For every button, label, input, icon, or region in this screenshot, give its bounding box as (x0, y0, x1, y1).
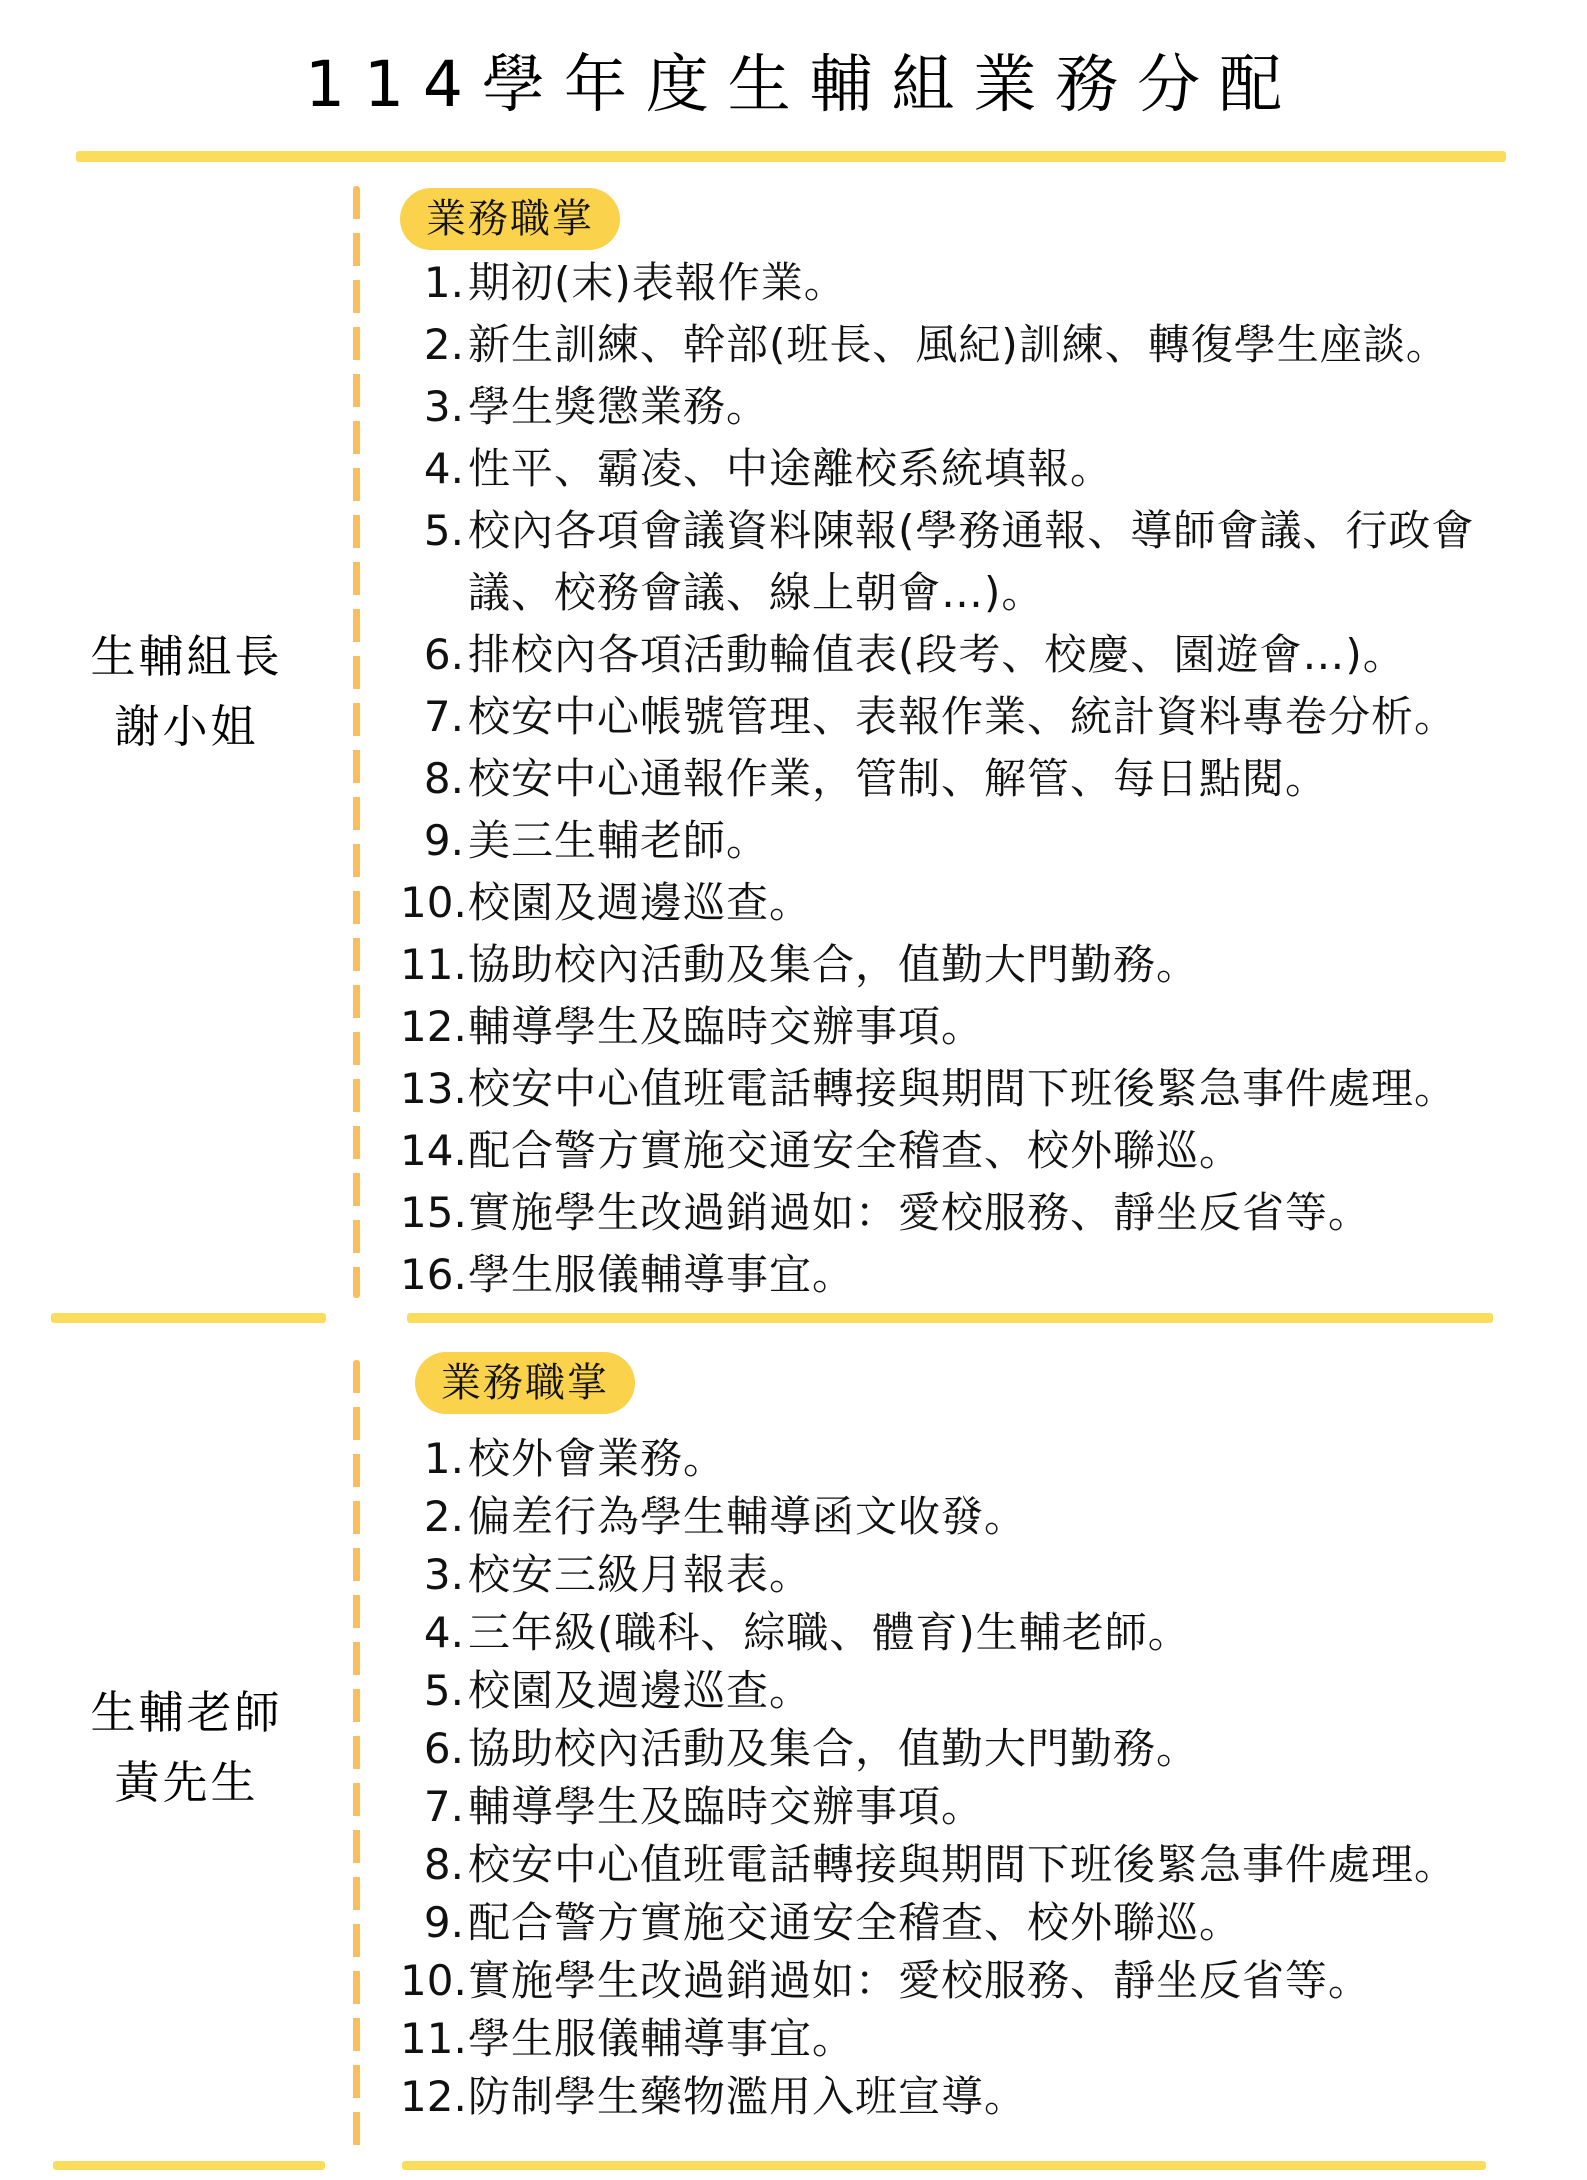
duty-number: 11. (400, 934, 464, 996)
bottom-divider-left (53, 2161, 325, 2170)
duty-item: 8.校安中心值班電話轉接與期間下班後緊急事件處理。 (400, 1836, 1490, 1894)
duty-number: 8. (400, 748, 464, 810)
duty-text: 校安中心值班電話轉接與期間下班後緊急事件處理。 (464, 1836, 1490, 1894)
bottom-divider-right (402, 2161, 1486, 2170)
duty-number: 1. (400, 1430, 464, 1488)
member-role: 生輔老師 (20, 1678, 353, 1748)
duty-number: 11. (400, 2010, 464, 2068)
duty-number: 14. (400, 1120, 464, 1182)
duty-item: 1.期初(末)表報作業。 (400, 252, 1490, 314)
section2-duty-list: 1.校外會業務。2.偏差行為學生輔導函文收發。3.校安三級月報表。4.三年級(職… (400, 1430, 1490, 2126)
duty-text: 學生服儀輔導事宜。 (464, 2010, 1490, 2068)
member-role: 生輔組長 (20, 622, 353, 692)
duty-item: 4.三年級(職科、綜職、體育)生輔老師。 (400, 1604, 1490, 1662)
duty-item: 11.協助校內活動及集合，值勤大門勤務。 (400, 934, 1490, 996)
member-name: 謝小姐 (20, 692, 353, 762)
member-name: 黃先生 (20, 1748, 353, 1818)
duty-text: 校安三級月報表。 (464, 1546, 1490, 1604)
duty-item: 10.校園及週邊巡查。 (400, 872, 1490, 934)
duty-text: 防制學生藥物濫用入班宣導。 (464, 2068, 1490, 2126)
duty-text: 配合警方實施交通安全稽查、校外聯巡。 (464, 1894, 1490, 1952)
duty-item: 1.校外會業務。 (400, 1430, 1490, 1488)
duty-number: 1. (400, 252, 464, 314)
duty-number: 12. (400, 2068, 464, 2126)
duty-text: 校安中心通報作業，管制、解管、每日點閱。 (464, 748, 1490, 810)
duty-text: 三年級(職科、綜職、體育)生輔老師。 (464, 1604, 1490, 1662)
duty-text: 學生獎懲業務。 (464, 376, 1490, 438)
duty-number: 3. (400, 376, 464, 438)
duty-number: 6. (400, 1720, 464, 1778)
page-title: 114學年度生輔組業務分配 (0, 34, 1587, 125)
duty-item: 14.配合警方實施交通安全稽查、校外聯巡。 (400, 1120, 1490, 1182)
duty-number: 10. (400, 872, 464, 934)
duty-text: 配合警方實施交通安全稽查、校外聯巡。 (464, 1120, 1490, 1182)
duty-item: 2.新生訓練、幹部(班長、風紀)訓練、轉復學生座談。 (400, 314, 1490, 376)
duty-number: 9. (400, 810, 464, 872)
duty-text: 校安中心值班電話轉接與期間下班後緊急事件處理。 (464, 1058, 1490, 1120)
duty-number: 16. (400, 1244, 464, 1306)
duty-text: 校安中心帳號管理、表報作業、統計資料專卷分析。 (464, 686, 1490, 748)
duty-item: 12.輔導學生及臨時交辦事項。 (400, 996, 1490, 1058)
duty-number: 9. (400, 1894, 464, 1952)
duty-item: 7.校安中心帳號管理、表報作業、統計資料專卷分析。 (400, 686, 1490, 748)
duty-item: 13.校安中心值班電話轉接與期間下班後緊急事件處理。 (400, 1058, 1490, 1120)
duty-number: 5. (400, 1662, 464, 1720)
duty-text: 協助校內活動及集合，值勤大門勤務。 (464, 934, 1490, 996)
duty-text: 校園及週邊巡查。 (464, 872, 1490, 934)
section1-duty-list: 1.期初(末)表報作業。2.新生訓練、幹部(班長、風紀)訓練、轉復學生座談。3.… (400, 252, 1490, 1306)
duty-text: 排校內各項活動輪值表(段考、校慶、園遊會…)。 (464, 624, 1490, 686)
duty-item: 7.輔導學生及臨時交辦事項。 (400, 1778, 1490, 1836)
duty-item: 12.防制學生藥物濫用入班宣導。 (400, 2068, 1490, 2126)
duty-number: 10. (400, 1952, 464, 2010)
duty-text: 輔導學生及臨時交辦事項。 (464, 1778, 1490, 1836)
duty-text: 協助校內活動及集合，值勤大門勤務。 (464, 1720, 1490, 1778)
duty-number: 8. (400, 1836, 464, 1894)
duty-text: 學生服儀輔導事宜。 (464, 1244, 1490, 1306)
duty-item: 8.校安中心通報作業，管制、解管、每日點閱。 (400, 748, 1490, 810)
section2-duties-label: 業務職掌 (415, 1352, 635, 1414)
duty-item: 9.美三生輔老師。 (400, 810, 1490, 872)
section1-dashed-divider (353, 186, 360, 1298)
duty-item: 2.偏差行為學生輔導函文收發。 (400, 1488, 1490, 1546)
duty-text: 實施學生改過銷過如：愛校服務、靜坐反省等。 (464, 1952, 1490, 2010)
duty-item: 4.性平、霸凌、中途離校系統填報。 (400, 438, 1490, 500)
assignment-document: 114學年度生輔組業務分配 業務職掌 生輔組長 謝小姐 1.期初(末)表報作業。… (0, 0, 1587, 2180)
duty-number: 6. (400, 624, 464, 686)
section2-member: 生輔老師 黃先生 (20, 1678, 353, 1818)
duty-item: 3.學生獎懲業務。 (400, 376, 1490, 438)
duty-number: 4. (400, 1604, 464, 1662)
duty-item: 15.實施學生改過銷過如：愛校服務、靜坐反省等。 (400, 1182, 1490, 1244)
duty-text: 實施學生改過銷過如：愛校服務、靜坐反省等。 (464, 1182, 1490, 1244)
duty-item: 3.校安三級月報表。 (400, 1546, 1490, 1604)
duty-item: 5.校內各項會議資料陳報(學務通報、導師會議、行政會議、校務會議、線上朝會…)。 (400, 500, 1490, 624)
duty-number: 2. (400, 1488, 464, 1546)
duty-item: 6.排校內各項活動輪值表(段考、校慶、園遊會…)。 (400, 624, 1490, 686)
duty-text: 新生訓練、幹部(班長、風紀)訓練、轉復學生座談。 (464, 314, 1490, 376)
duty-text: 校園及週邊巡查。 (464, 1662, 1490, 1720)
duty-item: 10.實施學生改過銷過如：愛校服務、靜坐反省等。 (400, 1952, 1490, 2010)
duty-number: 13. (400, 1058, 464, 1120)
duty-number: 15. (400, 1182, 464, 1244)
middle-divider-right (407, 1313, 1493, 1323)
duty-item: 9.配合警方實施交通安全稽查、校外聯巡。 (400, 1894, 1490, 1952)
middle-divider-left (51, 1313, 326, 1323)
duty-item: 5.校園及週邊巡查。 (400, 1662, 1490, 1720)
duty-number: 7. (400, 686, 464, 748)
duty-number: 4. (400, 438, 464, 500)
top-divider (76, 151, 1506, 162)
duty-number: 7. (400, 1778, 464, 1836)
duty-item: 16.學生服儀輔導事宜。 (400, 1244, 1490, 1306)
section2-dashed-divider (353, 1360, 360, 2148)
section1-duties-label: 業務職掌 (400, 188, 620, 250)
duty-text: 校內各項會議資料陳報(學務通報、導師會議、行政會議、校務會議、線上朝會…)。 (464, 500, 1490, 624)
duty-text: 輔導學生及臨時交辦事項。 (464, 996, 1490, 1058)
duty-number: 12. (400, 996, 464, 1058)
duty-item: 11.學生服儀輔導事宜。 (400, 2010, 1490, 2068)
duty-number: 3. (400, 1546, 464, 1604)
duty-item: 6.協助校內活動及集合，值勤大門勤務。 (400, 1720, 1490, 1778)
section1-member: 生輔組長 謝小姐 (20, 622, 353, 762)
duty-text: 偏差行為學生輔導函文收發。 (464, 1488, 1490, 1546)
duty-text: 性平、霸凌、中途離校系統填報。 (464, 438, 1490, 500)
duty-number: 2. (400, 314, 464, 376)
duty-text: 期初(末)表報作業。 (464, 252, 1490, 314)
duty-text: 美三生輔老師。 (464, 810, 1490, 872)
duty-number: 5. (400, 500, 464, 562)
duty-text: 校外會業務。 (464, 1430, 1490, 1488)
